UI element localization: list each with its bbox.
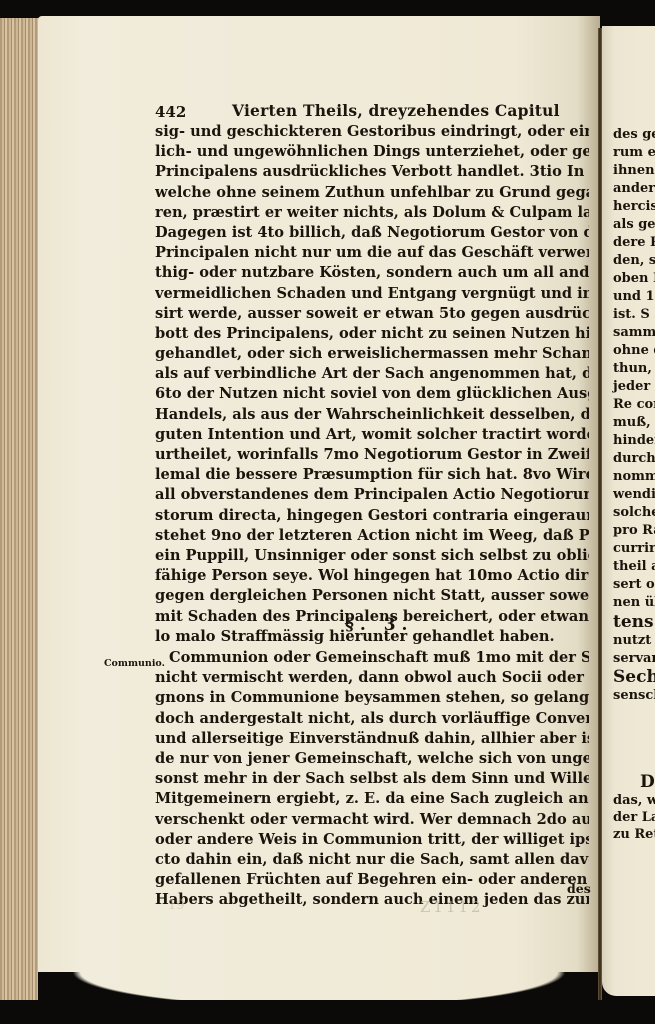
right-page-line: sert ode [613, 577, 655, 592]
text-line: ein Puppill, Unsinniger oder sonst sich … [155, 546, 589, 566]
right-page-line: ist. S [613, 307, 650, 322]
right-page-line: curriren [613, 541, 655, 556]
background-shadow-bottom [0, 1000, 655, 1024]
right-page-line: muß, m [613, 415, 655, 430]
right-page-line: hindern [613, 433, 655, 448]
text-line: sirt werde, ausser soweit er etwan 5to g… [155, 304, 589, 324]
right-page-line: servanz [613, 651, 655, 666]
text-line: Dagegen ist 4to billich, daß Negotiorum … [155, 223, 589, 243]
text-line: lich- und ungewöhnlichen Dings unterzieh… [155, 142, 589, 162]
text-line: vermeidlichen Schaden und Entgang vergnü… [155, 284, 589, 304]
catchword: des [567, 881, 591, 896]
right-page-line: dere Pa [613, 235, 655, 250]
right-page-line: der Lad [613, 810, 655, 825]
right-page-line: als gen [613, 217, 655, 232]
right-page-line: jeder an [613, 379, 655, 394]
text-line: und allerseitige Einverständnuß dahin, a… [155, 729, 589, 749]
right-page-line: und 14 [613, 289, 655, 304]
text-line: gnons in Communione beysammen stehen, so… [155, 688, 589, 708]
text-line: nicht vermischt werden, dann obwol auch … [155, 668, 589, 688]
text-line: sonst mehr in der Sach selbst als dem Si… [155, 769, 589, 789]
text-line: als auf verbindliche Art der Sach angeno… [155, 364, 589, 384]
right-page-line: oben P [613, 271, 655, 286]
right-page-line: Re con [613, 397, 655, 412]
right-page-line: hercisc [613, 199, 655, 214]
right-page-line: theil an [613, 559, 655, 574]
book-scan: 442 Vierten Theils, dreyzehendes Capitul… [0, 0, 655, 1024]
text-line: 6to der Nutzen nicht soviel von dem glüc… [155, 384, 589, 404]
text-line: oder andere Weis in Communion tritt, der… [155, 830, 589, 850]
right-page-line: nutzt w [613, 633, 655, 648]
right-page-line: das, w [613, 793, 655, 808]
right-page-line: senschaf [613, 688, 655, 703]
text-line: stehet 9no der letzteren Action nicht im… [155, 526, 589, 546]
section-mark: §. 3. [345, 615, 413, 635]
text-line: gegen dergleichen Personen nicht Statt, … [155, 586, 589, 606]
text-line: Communion oder Gemeinschaft muß 1mo mit … [155, 648, 589, 668]
stacked-page-edges [0, 18, 40, 1013]
text-line: de nur von jener Gemeinschaft, welche si… [155, 749, 589, 769]
text-line: Principalens ausdrückliches Verbott hand… [155, 162, 589, 182]
text-line: gefallenen Früchten auf Begehren ein- od… [155, 870, 589, 890]
right-page-line: den, so [613, 253, 655, 268]
text-line: Principalen nicht nur um die auf das Ges… [155, 243, 589, 263]
right-page-line: sammen [613, 325, 655, 340]
paragraph-2: Communion oder Gemeinschaft muß 1mo mit … [155, 648, 589, 910]
text-line: Habers abgetheilt, sondern auch einem je… [155, 890, 589, 910]
running-head: 442 Vierten Theils, dreyzehendes Capitul [150, 101, 590, 123]
right-page-line: rum er [613, 145, 655, 160]
text-line: gehandlet, oder sich erweislichermassen … [155, 344, 589, 364]
text-line: all obverstandenes dem Principalen Actio… [155, 485, 589, 505]
right-page-line: nommen [613, 469, 655, 484]
running-head-title: Vierten Theils, dreyzehendes Capitul [232, 101, 560, 120]
text-line: guten Intention und Art, womit solcher t… [155, 425, 589, 445]
right-page-line: nen übr [613, 595, 655, 610]
text-line: urtheilet, worinfalls 7mo Negotiorum Ges… [155, 445, 589, 465]
right-page-line: des gem [613, 127, 655, 142]
text-line: cto dahin ein, daß nicht nur die Sach, s… [155, 850, 589, 870]
text-line: ren, præstirt er weiter nichts, als Dolu… [155, 203, 589, 223]
right-page-initial: D [640, 772, 655, 792]
page-number: 442 [155, 103, 186, 121]
text-line: Handels, als aus der Wahrscheinlichkeit … [155, 405, 589, 425]
text-line: doch andergestalt nicht, als durch vorlä… [155, 709, 589, 729]
right-page-line: zu Rett [613, 827, 655, 842]
right-page-line: ihnen d [613, 163, 655, 178]
right-page-line: thun, [613, 361, 652, 376]
paragraph-1: sig- und geschickteren Gestoribus eindri… [155, 122, 589, 647]
right-page-line: pro Ra [613, 523, 655, 538]
text-line: Mitgemeinern ergiebt, z. E. da eine Sach… [155, 789, 589, 809]
text-line: thig- oder nutzbare Kösten, sondern auch… [155, 263, 589, 283]
text-line: verschenkt oder vermacht wird. Wer demna… [155, 810, 589, 830]
text-line: storum directa, hingegen Gestori contrar… [155, 506, 589, 526]
text-line: sig- und geschickteren Gestoribus eindri… [155, 122, 589, 142]
text-line: fähige Person seye. Wol hingegen hat 10m… [155, 566, 589, 586]
right-page-line: tens n [613, 612, 655, 632]
right-page-line: ander z [613, 181, 655, 196]
text-line: welche ohne seinem Zuthun unfehlbar zu G… [155, 183, 589, 203]
right-page-line: durch g [613, 451, 655, 466]
right-page-line: ohne de [613, 343, 655, 358]
text-line: bott des Principalens, oder nicht zu sei… [155, 324, 589, 344]
right-page-line: solche k [613, 505, 655, 520]
bleed-through-fragment: 19 [168, 898, 185, 913]
text-line: lemal die bessere Præsumption für sich h… [155, 465, 589, 485]
right-page-heading: Sechs [613, 667, 655, 687]
signature-mark-bleed: Z1112 [420, 898, 484, 916]
right-page-line: wendig [613, 487, 655, 502]
